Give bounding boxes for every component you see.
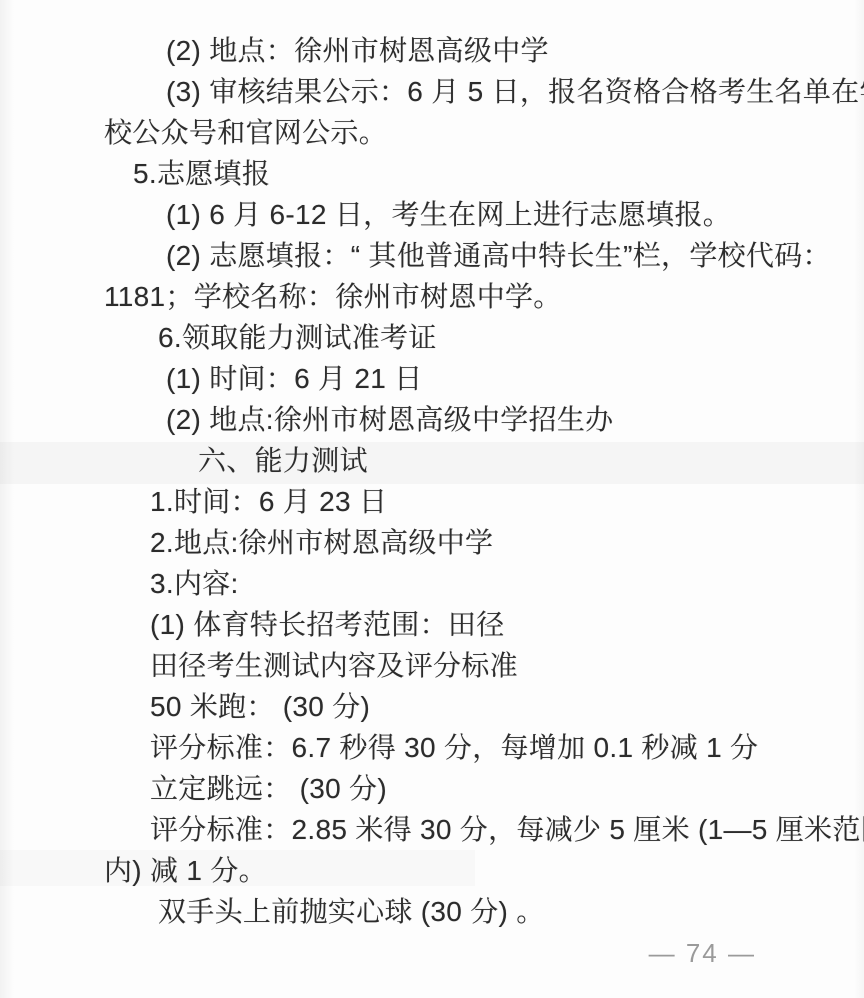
text-line: (1) 时间：6 月 21 日 [104, 358, 764, 399]
text-line: (2) 志愿填报：“ 其他普通高中特长生”栏，学校代码： [104, 235, 764, 276]
text-line: 校公众号和官网公示。 [104, 112, 764, 153]
text-line: (2) 地点:徐州市树恩高级中学招生办 [104, 399, 764, 440]
text-line: (2) 地点：徐州市树恩高级中学 [104, 30, 764, 71]
scan-edge-shadow-left [0, 0, 14, 998]
scan-edge-shadow-right [854, 0, 864, 998]
text-line: 六、能力测试 [104, 440, 764, 481]
text-line: 内) 减 1 分。 [104, 850, 764, 891]
text-line: 3.内容: [104, 563, 764, 604]
text-line: (1) 体育特长招考范围：田径 [104, 604, 764, 645]
text-line: 1181；学校名称：徐州市树恩中学。 [104, 276, 764, 317]
text-line: 田径考生测试内容及评分标准 [104, 645, 764, 686]
text-line: 1.时间：6 月 23 日 [104, 481, 764, 522]
text-line: 2.地点:徐州市树恩高级中学 [104, 522, 764, 563]
document-lines: (2) 地点：徐州市树恩高级中学(3) 审核结果公示：6 月 5 日，报名资格合… [104, 30, 764, 932]
text-line: (1) 6 月 6-12 日，考生在网上进行志愿填报。 [104, 194, 764, 235]
text-line: 立定跳远： (30 分) [104, 768, 764, 809]
text-line: (3) 审核结果公示：6 月 5 日，报名资格合格考生名单在学 [104, 71, 764, 112]
text-line: 50 米跑： (30 分) [104, 686, 764, 727]
document-page: (2) 地点：徐州市树恩高级中学(3) 审核结果公示：6 月 5 日，报名资格合… [0, 0, 864, 998]
text-line: 评分标准：6.7 秒得 30 分，每增加 0.1 秒减 1 分 [104, 727, 764, 768]
text-line: 5.志愿填报 [104, 153, 764, 194]
text-line: 6.领取能力测试准考证 [104, 317, 764, 358]
text-line: 双手头上前抛实心球 (30 分) 。 [104, 891, 764, 932]
page-number: — 74 — [456, 938, 756, 969]
text-line: 评分标准：2.85 米得 30 分，每减少 5 厘米 (1—5 厘米范围 [104, 809, 764, 850]
